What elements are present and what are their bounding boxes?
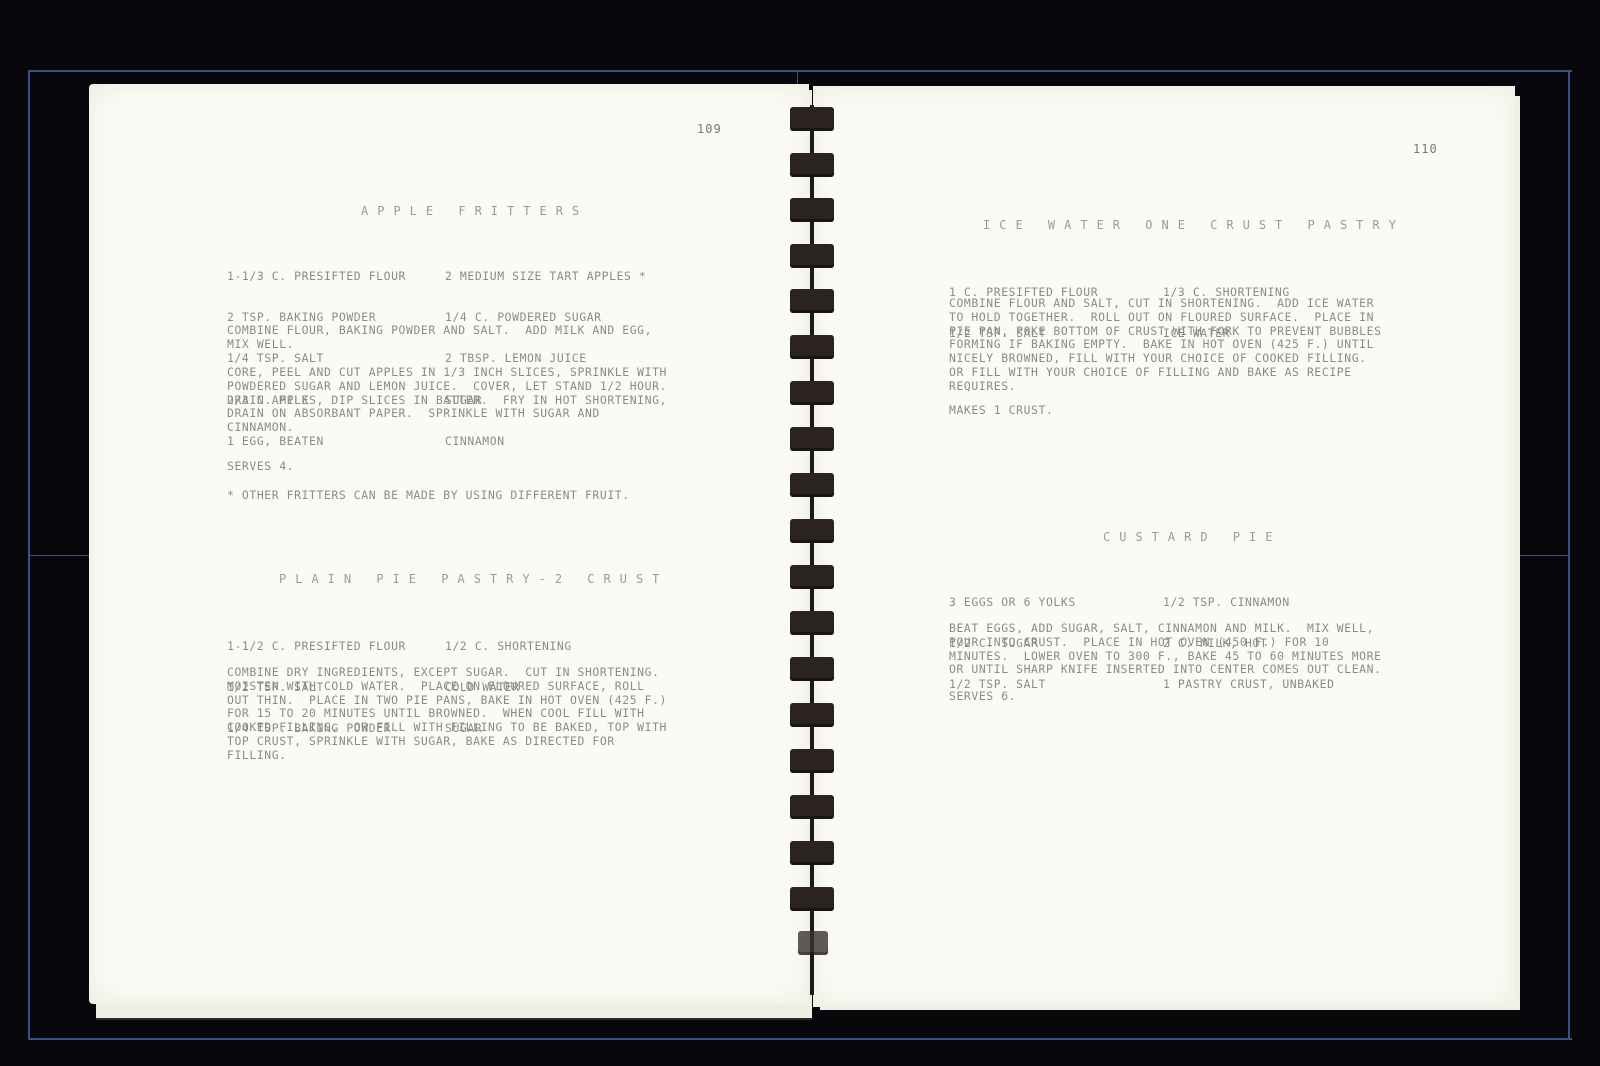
binding-ring [790,749,834,773]
recipe-title: CUSTARD PIE [1103,530,1281,544]
comb-binding [788,105,836,995]
binding-ring [790,887,834,911]
recipe-directions: BEAT EGGS, ADD SUGAR, SALT, CINNAMON AND… [949,622,1382,677]
recipe-directions: COMBINE FLOUR, BAKING POWDER AND SALT. A… [227,324,652,352]
page-number: 110 [1413,142,1438,156]
ingredient: 1/2 TSP. CINNAMON [1163,596,1335,610]
recipe-title: ICE WATER ONE CRUST PASTRY [983,218,1405,232]
binding-ring [790,519,834,543]
binding-ring [790,611,834,635]
ingredient: 3 EGGS OR 6 YOLKS [949,596,1163,610]
ingredient: 1-1/3 C. PRESIFTED FLOUR [227,270,445,284]
ingredient: 1/2 C. SHORTENING [445,640,572,654]
page-number: 109 [697,122,722,136]
binding-ring [790,841,834,865]
recipe-title: APPLE FRITTERS [361,204,588,218]
left-page: 109 APPLE FRITTERS 1-1/3 C. PRESIFTED FL… [89,84,809,1004]
binding-ring [790,153,834,177]
binding-ring [790,473,834,497]
frame-center-marker-right [1515,555,1570,556]
recipe-directions: COMBINE FLOUR AND SALT, CUT IN SHORTENIN… [949,297,1382,394]
ingredient-list: 1-1/3 C. PRESIFTED FLOUR 2 TSP. BAKING P… [227,242,646,477]
binding-ring [790,335,834,359]
binding-ring [790,289,834,313]
frame-bottom-line [28,1038,1572,1040]
right-page: 110 ICE WATER ONE CRUST PASTRY 1 C. PRES… [813,86,1515,1007]
recipe-note: * OTHER FRITTERS CAN BE MADE BY USING DI… [227,489,630,503]
recipe-title: PLAIN PIE PASTRY-2 CRUST [279,572,668,586]
ingredient: 1 PASTRY CRUST, UNBAKED [1163,678,1335,692]
ingredient: 1-1/2 C. PRESIFTED FLOUR [227,640,445,654]
frame-top-line [28,70,1572,72]
binding-ring [790,198,834,222]
binding-ring [790,565,834,589]
binding-ring [790,703,834,727]
frame-center-marker-left [28,555,90,556]
binding-ring-torn [798,931,828,955]
recipe-yield: MAKES 1 CRUST. [949,404,1053,418]
ingredient: 1 EGG, BEATEN [227,435,445,449]
binding-ring [790,381,834,405]
binding-ring [790,795,834,819]
recipe-yield: SERVES 6. [949,690,1016,704]
ingredient: 2 MEDIUM SIZE TART APPLES * [445,270,646,284]
recipe-yield: SERVES 4. [227,460,294,474]
binding-ring [790,657,834,681]
recipe-directions: COMBINE DRY INGREDIENTS, EXCEPT SUGAR. C… [227,666,667,763]
recipe-directions: CORE, PEEL AND CUT APPLES IN 1/3 INCH SL… [227,366,667,435]
ingredient: CINNAMON [445,435,646,449]
binding-ring [790,244,834,268]
binding-ring [790,107,834,131]
binding-ring [790,427,834,451]
